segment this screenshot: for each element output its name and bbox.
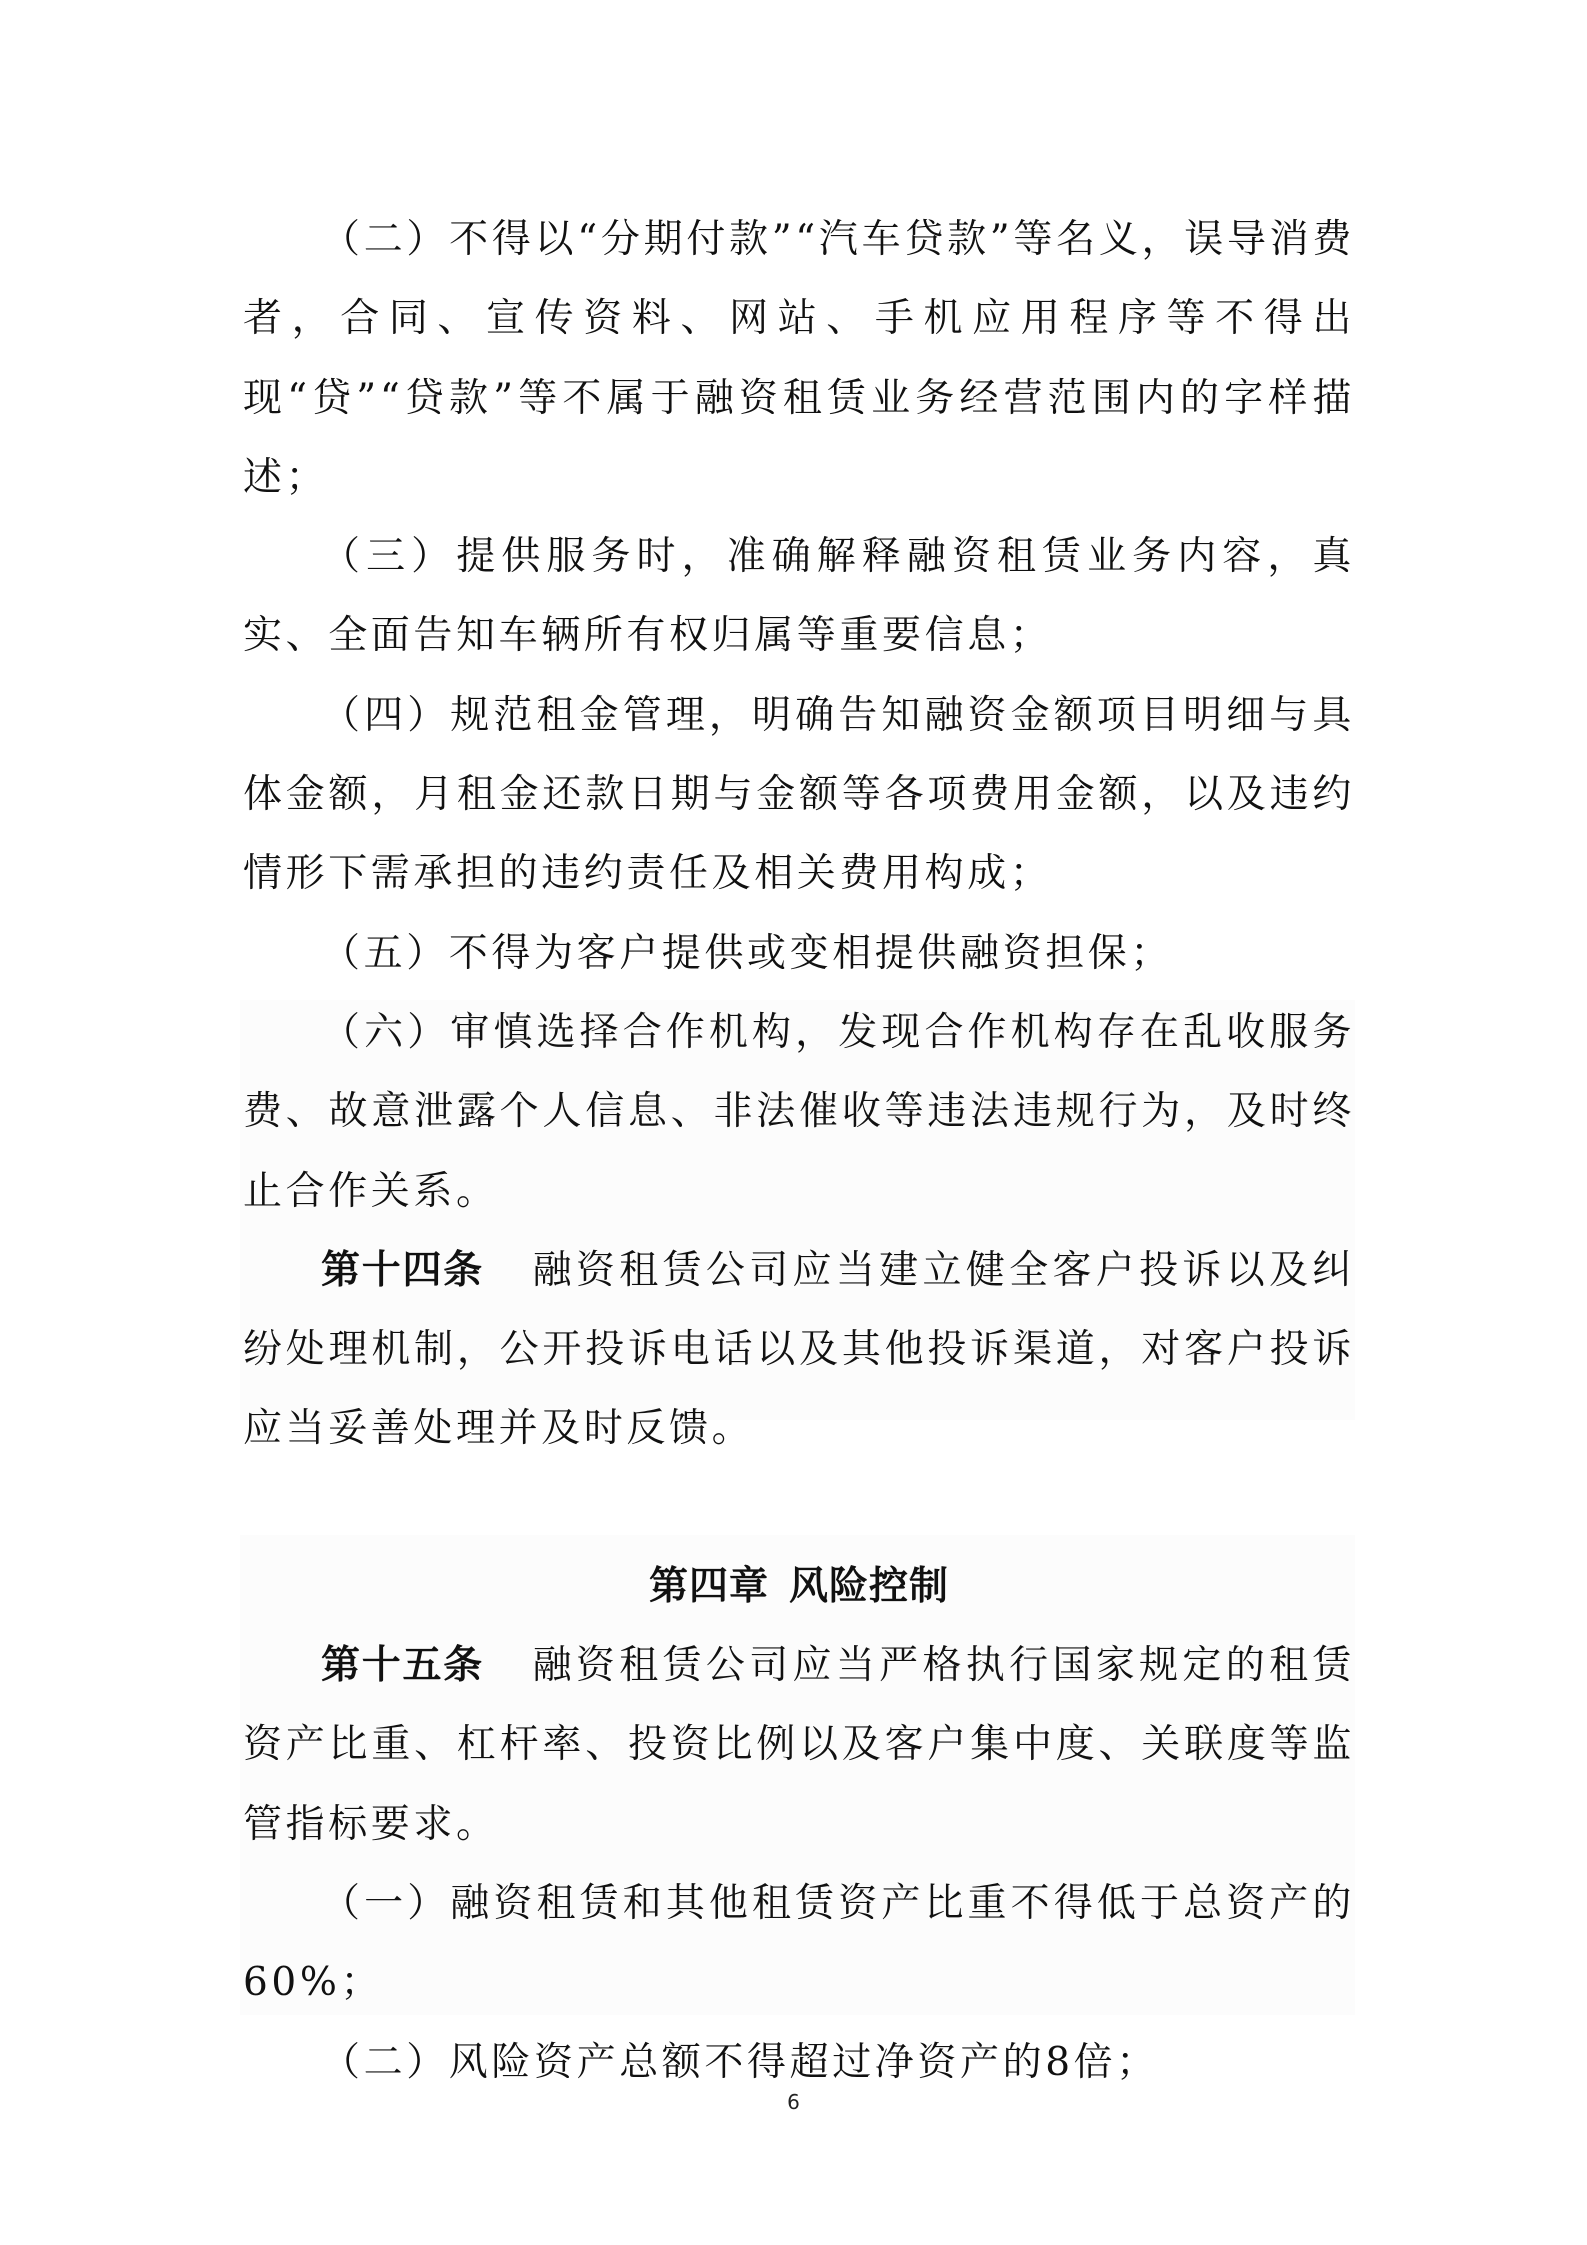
clause-item-5: （五）不得为客户提供或变相提供融资担保； [243,914,1355,993]
article-15-label: 第十五条 [321,1643,484,1688]
page-number: 6 [0,2090,1587,2114]
article-15: 第十五条融资租赁公司应当严格执行国家规定的租赁资产比重、杠杆率、投资比例以及客户… [243,1626,1355,1864]
chapter-heading: 第四章风险控制 [243,1547,1355,1626]
article-14: 第十四条融资租赁公司应当建立健全客户投诉以及纠纷处理机制，公开投诉电话以及其他投… [243,1231,1355,1469]
clause-item-2: （二）不得以“分期付款”“汽车贷款”等名义，误导消费者，合同、宣传资料、网站、手… [243,200,1355,517]
clause-item-1: （一）融资租赁和其他租赁资产比重不得低于总资产的60%； [243,1864,1355,2023]
document-body: （二）不得以“分期付款”“汽车贷款”等名义，误导消费者，合同、宣传资料、网站、手… [243,200,1355,2102]
document-page: （二）不得以“分期付款”“汽车贷款”等名义，误导消费者，合同、宣传资料、网站、手… [0,0,1587,2245]
chapter-number: 第四章 [649,1564,769,1609]
clause-item-3: （三）提供服务时，准确解释融资租赁业务内容，真实、全面告知车辆所有权归属等重要信… [243,517,1355,676]
article-14-label: 第十四条 [321,1248,484,1293]
clause-item-4: （四）规范租金管理，明确告知融资金额项目明细与具体金额，月租金还款日期与金额等各… [243,676,1355,914]
chapter-title: 风险控制 [789,1564,949,1609]
clause-item-6: （六）审慎选择合作机构，发现合作机构存在乱收服务费、故意泄露个人信息、非法催收等… [243,993,1355,1231]
